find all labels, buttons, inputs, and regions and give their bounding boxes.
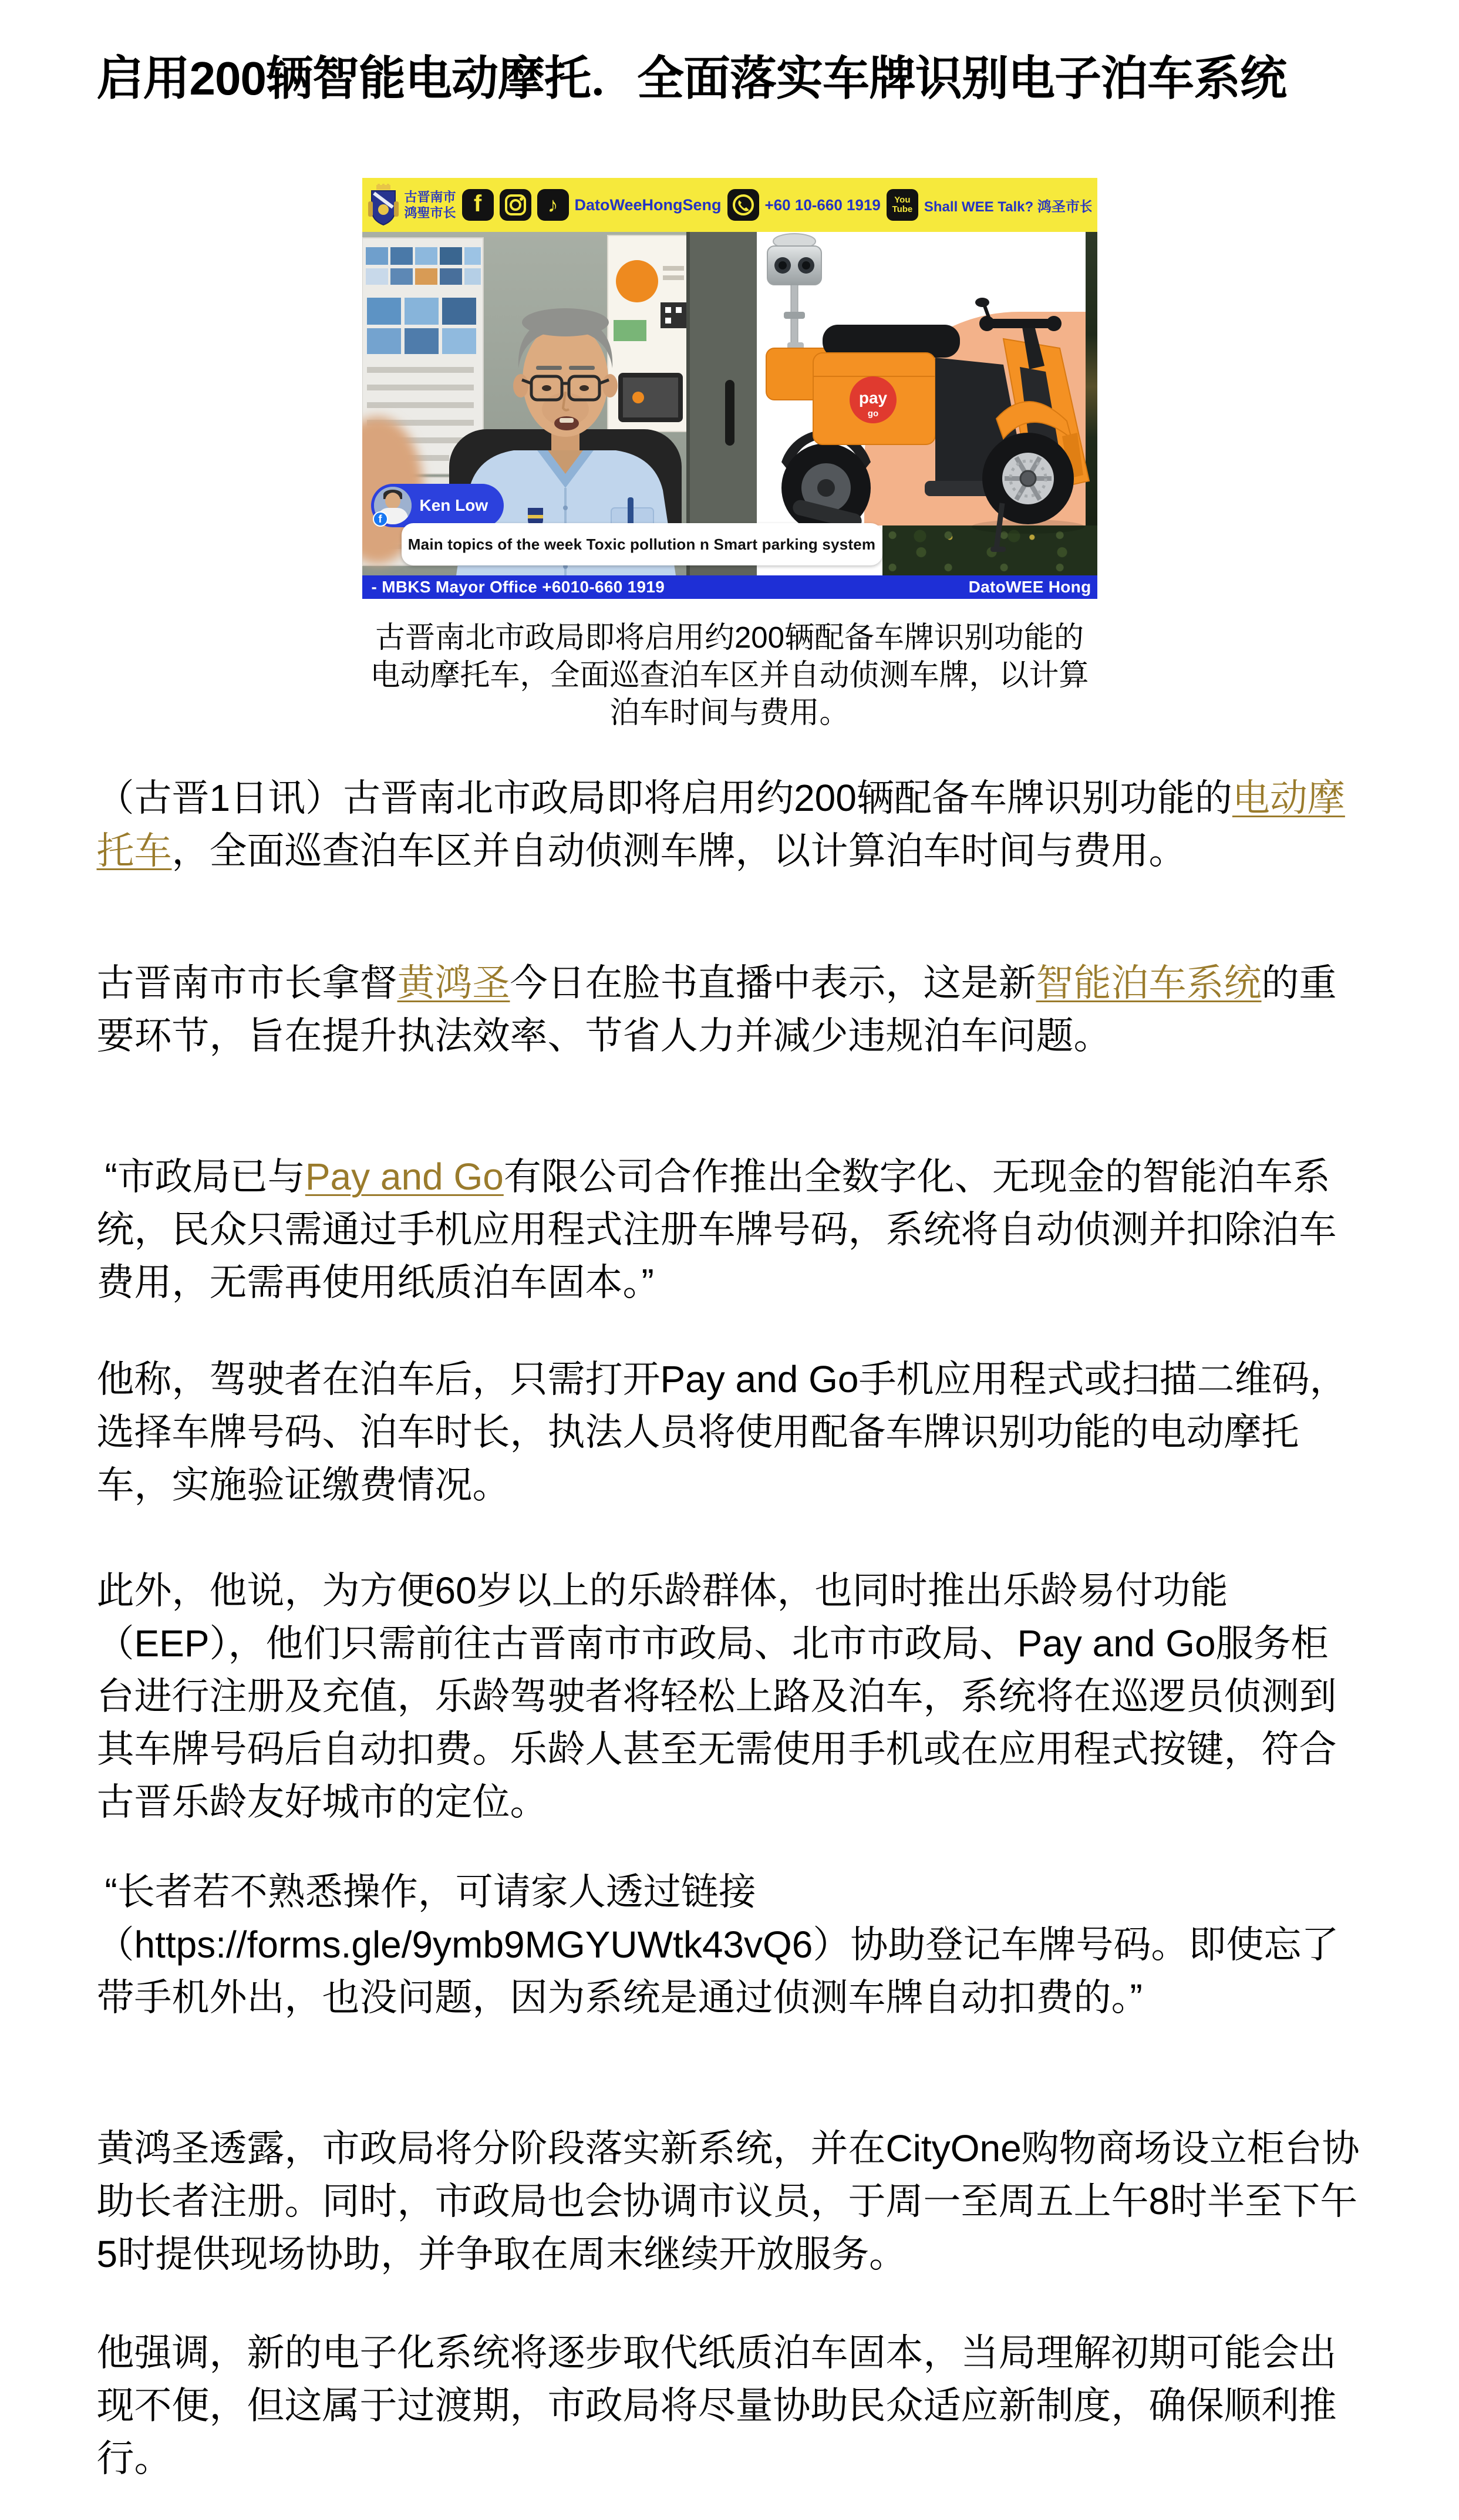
- video-scene: pay go: [362, 232, 1097, 575]
- youtube-icon: You Tube: [887, 189, 918, 221]
- article-link[interactable]: 智能泊车系统: [1036, 962, 1262, 1004]
- crest-caption-line2: 鸿聖市长: [405, 205, 456, 221]
- paragraph: 古晋南市市长拿督黄鸿圣今日在脸书直播中表示，这是新智能泊车系统的重要环节，旨在提…: [97, 956, 1363, 1062]
- rear-wheel: [781, 430, 871, 533]
- topic-banner: Main topics of the week Toxic pollution …: [402, 523, 882, 565]
- svg-text:go: go: [867, 409, 878, 419]
- video-screenshot: 古晋南市 鸿聖市长 f ♪ DatoWeeHongSeng +60 10-660…: [362, 178, 1097, 599]
- facebook-handle: DatoWeeHongSeng: [575, 196, 722, 214]
- crest-caption: 古晋南市 鸿聖市长: [405, 189, 456, 221]
- show-tagline: Shall WEE Talk? 鸿圣市长直播室: [924, 195, 1091, 215]
- pay-box: pay go: [813, 353, 935, 444]
- paragraph: 黄鸿圣透露，市政局将分阶段落实新系统，并在CityOne购物商场设立柜台协助长者…: [97, 2122, 1363, 2280]
- paragraph: “市政局已与Pay and Go有限公司合作推出全数字化、无现金的智能泊车系统，…: [97, 1150, 1363, 1309]
- figure-caption: 古晋南北市政局即将启用约200辆配备车牌识别功能的电动摩托车，全面巡查泊车区并自…: [362, 619, 1097, 732]
- news-article: 启用200辆智能电动摩托．全面落实车牌识别电子泊车系统 古晋南市 鸿聖市长: [97, 0, 1363, 2520]
- front-wheel: [982, 433, 1074, 524]
- topic-banner-text: Main topics of the week Toxic pollution …: [408, 535, 875, 554]
- article-body: （古晋1日讯）古晋南北市政局即将启用约200辆配备车牌识别功能的电动摩托车，全面…: [97, 772, 1363, 2485]
- city-crest-icon: [368, 184, 399, 226]
- office-contact: - MBKS Mayor Office +6010-660 1919: [372, 578, 665, 597]
- article-link[interactable]: 黄鸿圣: [397, 962, 510, 1004]
- commenter-name: Ken Low: [420, 496, 488, 515]
- mirror: [975, 298, 989, 307]
- article-link[interactable]: Pay and Go: [305, 1155, 504, 1198]
- tiktok-icon: ♪: [537, 189, 569, 221]
- paragraph: （古晋1日讯）古晋南北市政局即将启用约200辆配备车牌识别功能的电动摩托车，全面…: [97, 772, 1363, 877]
- livestream-banner: 古晋南市 鸿聖市长 f ♪ DatoWeeHongSeng +60 10-660…: [362, 178, 1097, 232]
- paragraph: 他强调，新的电子化系统将逐步取代纸质泊车固本，当局理解初期可能会出现不便，但这属…: [97, 2326, 1363, 2485]
- phone-number: +60 10-660 1919: [765, 196, 881, 214]
- paragraph: “长者若不熟悉操作，可请家人透过链接（https://forms.gle/9ym…: [97, 1865, 1363, 2024]
- channel-name: DatoWEE Hong: [969, 578, 1091, 597]
- instagram-icon: [500, 189, 531, 221]
- article-figure: 古晋南市 鸿聖市长 f ♪ DatoWeeHongSeng +60 10-660…: [362, 178, 1097, 732]
- article-headline: 启用200辆智能电动摩托．全面落实车牌识别电子泊车系统: [97, 52, 1363, 106]
- crest-caption-line1: 古晋南市: [405, 189, 456, 205]
- paragraph: 他称，驾驶者在泊车后，只需打开Pay and Go手机应用程式或扫描二维码，选择…: [97, 1353, 1363, 1511]
- facebook-badge-icon: f: [373, 511, 388, 527]
- article-link[interactable]: 电动摩托车: [97, 777, 1345, 872]
- paragraph: 此外，他说，为方便60岁以上的乐龄群体，也同时推出乐龄易付功能（EEP），他们只…: [97, 1564, 1363, 1828]
- facebook-comment-badge: f Ken Low: [371, 484, 504, 527]
- whatsapp-icon: [727, 189, 759, 221]
- parking-poster: [608, 235, 692, 432]
- facebook-icon: f: [462, 189, 494, 221]
- commenter-avatar: f: [374, 487, 412, 524]
- lower-third-bar: - MBKS Mayor Office +6010-660 1919 DatoW…: [362, 575, 1097, 599]
- svg-text:pay: pay: [858, 389, 887, 407]
